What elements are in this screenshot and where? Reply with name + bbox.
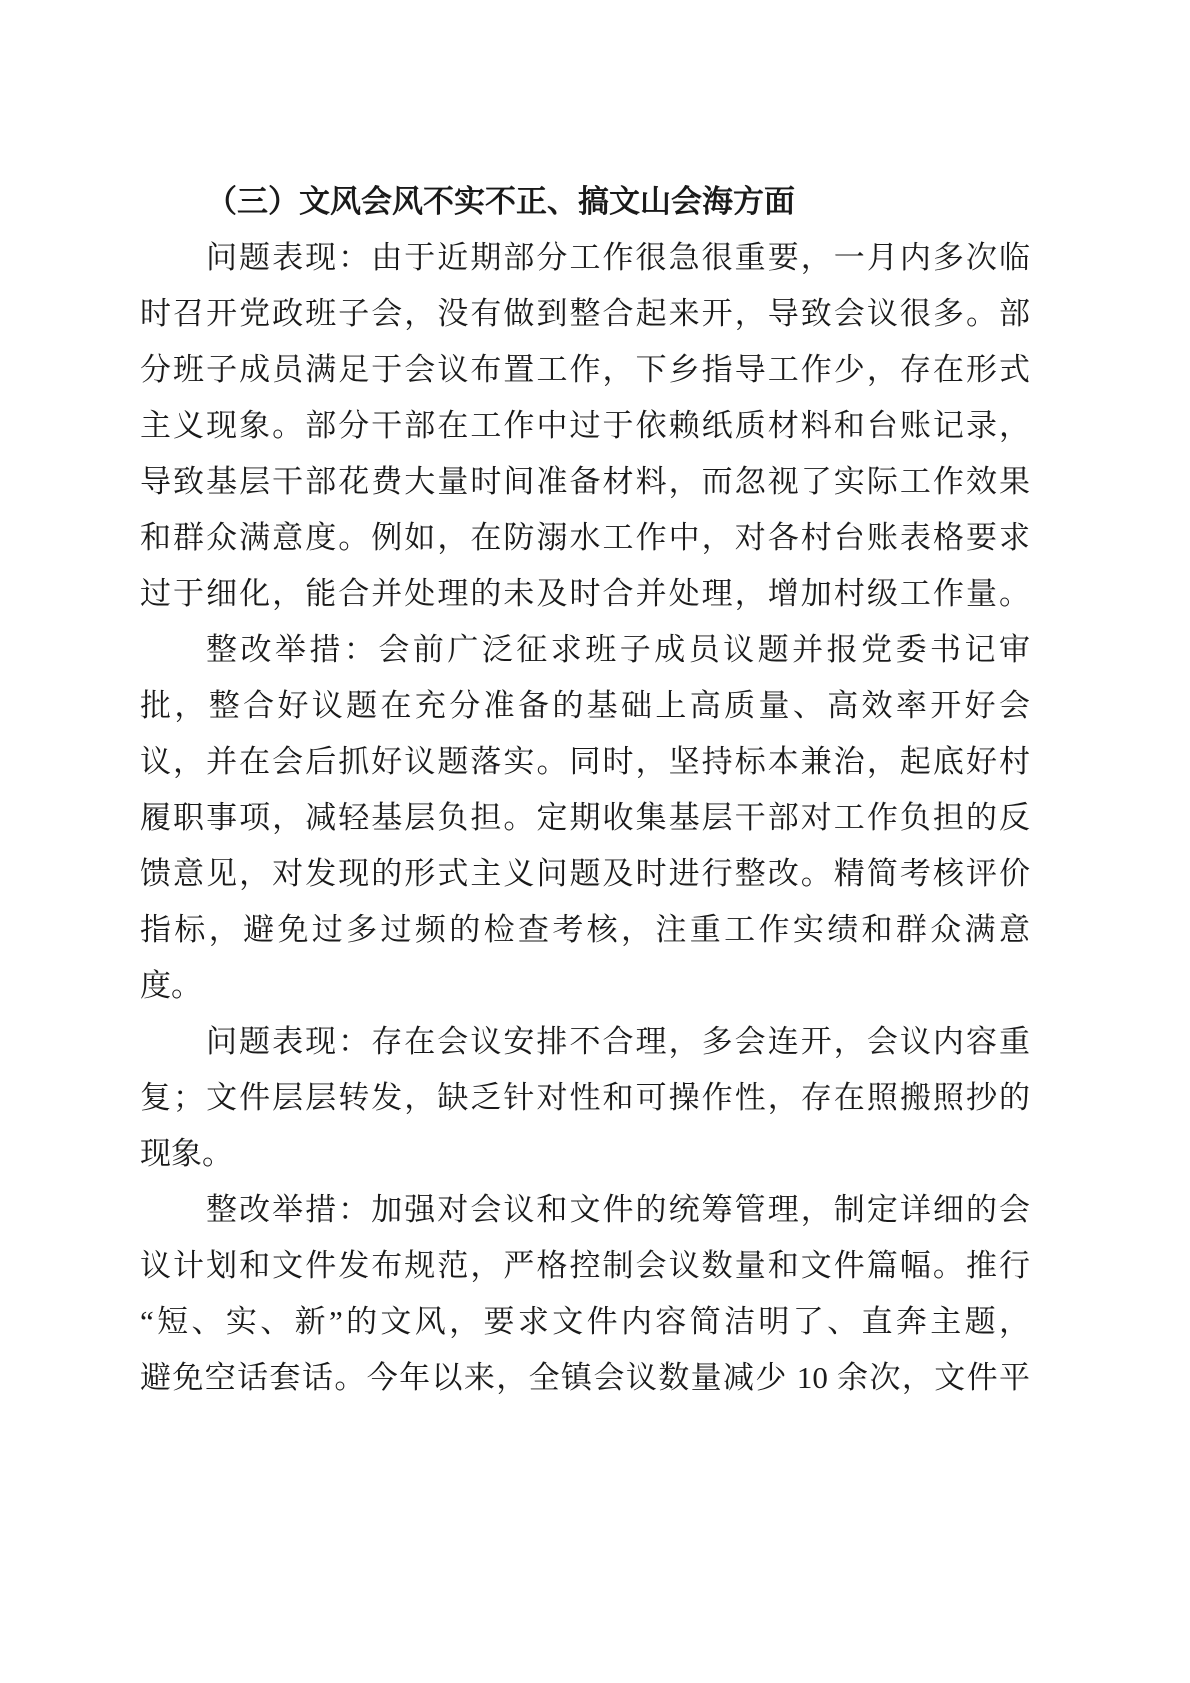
text-line: 议，并在会后抓好议题落实。同时，坚持标本兼治，起底好村 bbox=[140, 734, 1030, 790]
text-line: 过于细化，能合并处理的未及时合并处理，增加村级工作量。 bbox=[140, 566, 1030, 622]
text-line: “短、实、新”的文风，要求文件内容简洁明了、直奔主题， bbox=[140, 1294, 1030, 1350]
paragraphs-container: 问题表现：由于近期部分工作很急很重要，一月内多次临时召开党政班子会，没有做到整合… bbox=[140, 230, 1030, 1406]
text-line: 馈意见，对发现的形式主义问题及时进行整改。精简考核评价 bbox=[140, 846, 1030, 902]
text-line: 分班子成员满足于会议布置工作，下乡指导工作少，存在形式 bbox=[140, 342, 1030, 398]
text-line: 现象。 bbox=[140, 1126, 1030, 1182]
document-content: （三）文风会风不实不正、搞文山会海方面 问题表现：由于近期部分工作很急很重要，一… bbox=[140, 174, 1030, 1406]
text-line: 议计划和文件发布规范，严格控制会议数量和文件篇幅。推行 bbox=[140, 1238, 1030, 1294]
text-line: 和群众满意度。例如，在防溺水工作中，对各村台账表格要求 bbox=[140, 510, 1030, 566]
text-line: 问题表现：由于近期部分工作很急很重要，一月内多次临 bbox=[140, 230, 1030, 286]
text-line: 避免空话套话。今年以来，全镇会议数量减少 10 余次，文件平 bbox=[140, 1350, 1030, 1406]
text-line: 导致基层干部花费大量时间准备材料，而忽视了实际工作效果 bbox=[140, 454, 1030, 510]
text-line: 批，整合好议题在充分准备的基础上高质量、高效率开好会 bbox=[140, 678, 1030, 734]
text-line: 时召开党政班子会，没有做到整合起来开，导致会议很多。部 bbox=[140, 286, 1030, 342]
text-line: 主义现象。部分干部在工作中过于依赖纸质材料和台账记录， bbox=[140, 398, 1030, 454]
text-line: 度。 bbox=[140, 958, 1030, 1014]
text-line: 问题表现：存在会议安排不合理，多会连开，会议内容重 bbox=[140, 1014, 1030, 1070]
text-line: 复；文件层层转发，缺乏针对性和可操作性，存在照搬照抄的 bbox=[140, 1070, 1030, 1126]
paragraph-problem-statement-2: 问题表现：存在会议安排不合理，多会连开，会议内容重复；文件层层转发，缺乏针对性和… bbox=[140, 1014, 1030, 1182]
text-line: 指标，避免过多过频的检查考核，注重工作实绩和群众满意 bbox=[140, 902, 1030, 958]
text-line: 整改举措：加强对会议和文件的统筹管理，制定详细的会 bbox=[140, 1182, 1030, 1238]
paragraph-rectification-measures-2: 整改举措：加强对会议和文件的统筹管理，制定详细的会议计划和文件发布规范，严格控制… bbox=[140, 1182, 1030, 1406]
document-page: （三）文风会风不实不正、搞文山会海方面 问题表现：由于近期部分工作很急很重要，一… bbox=[0, 0, 1190, 1683]
text-line: 整改举措：会前广泛征求班子成员议题并报党委书记审 bbox=[140, 622, 1030, 678]
section-heading: （三）文风会风不实不正、搞文山会海方面 bbox=[140, 174, 1030, 230]
paragraph-problem-statement-1: 问题表现：由于近期部分工作很急很重要，一月内多次临时召开党政班子会，没有做到整合… bbox=[140, 230, 1030, 622]
paragraph-rectification-measures-1: 整改举措：会前广泛征求班子成员议题并报党委书记审批，整合好议题在充分准备的基础上… bbox=[140, 622, 1030, 1014]
text-line: 履职事项，减轻基层负担。定期收集基层干部对工作负担的反 bbox=[140, 790, 1030, 846]
